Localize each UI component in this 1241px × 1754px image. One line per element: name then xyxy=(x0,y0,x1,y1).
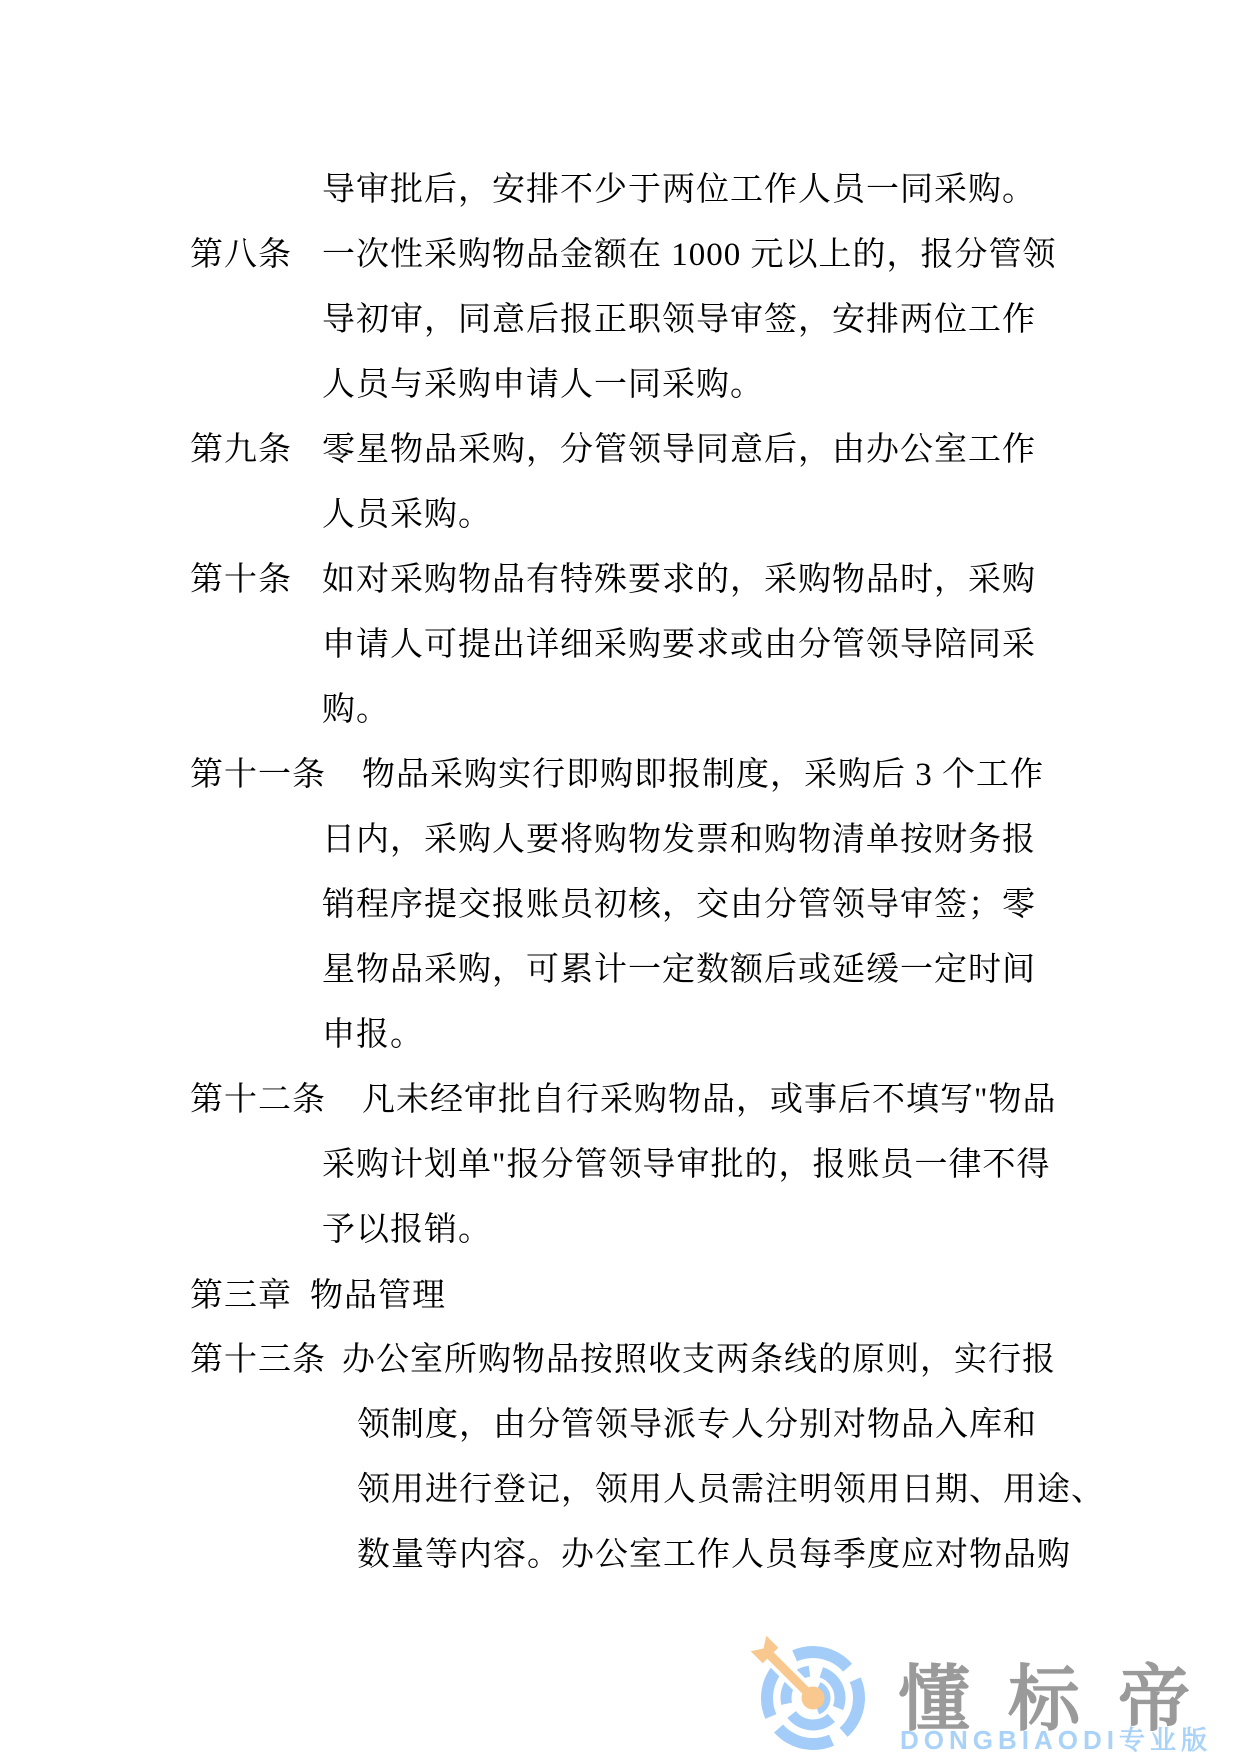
article-label: 第十二条 xyxy=(190,1080,326,1120)
document-page: 导审批后，安排不少于两位工作人员一同采购。第八条一次性采购物品金额在 1000 … xyxy=(0,0,1241,1754)
document-text-line: 零星物品采购，分管领导同意后，由办公室工作 xyxy=(322,430,1036,470)
article-label: 第三章 xyxy=(190,1276,292,1316)
document-text-line: 申请人可提出详细采购要求或由分管领导陪同采 xyxy=(322,625,1036,665)
article-label: 第十条 xyxy=(190,560,292,600)
document-text-line: 申报。 xyxy=(322,1015,424,1055)
document-text-line: 数量等内容。办公室工作人员每季度应对物品购 xyxy=(357,1535,1071,1575)
document-text-line: 办公室所购物品按照收支两条线的原则，实行报 xyxy=(342,1340,1056,1380)
document-text-line: 一次性采购物品金额在 1000 元以上的，报分管领 xyxy=(322,235,1057,275)
document-text-line: 领制度，由分管领导派专人分别对物品入库和 xyxy=(357,1405,1037,1445)
document-text-line: 凡未经审批自行采购物品，或事后不填写"物品 xyxy=(362,1080,1056,1120)
article-label: 第十三条 xyxy=(190,1340,326,1380)
document-text-line: 人员采购。 xyxy=(322,495,492,535)
document-text-line: 导初审，同意后报正职领导审签，安排两位工作 xyxy=(322,300,1036,340)
document-text-line: 予以报销。 xyxy=(322,1210,492,1250)
target-arrow-icon xyxy=(745,1628,871,1754)
document-text-line: 导审批后，安排不少于两位工作人员一同采购。 xyxy=(322,170,1036,210)
brand-name-pinyin: DONGBIAODI专业版 xyxy=(900,1727,1212,1754)
document-text-line: 销程序提交报账员初核，交由分管领导审签；零 xyxy=(322,885,1036,925)
document-text-line: 购。 xyxy=(322,690,390,730)
document-text-line: 采购计划单"报分管领导审批的，报账员一律不得 xyxy=(322,1145,1050,1185)
document-text-line: 日内，采购人要将购物发票和购物清单按财务报 xyxy=(322,820,1036,860)
document-text-line: 物品管理 xyxy=(310,1276,446,1316)
document-text-line: 领用进行登记，领用人员需注明领用日期、用途、 xyxy=(357,1470,1105,1510)
document-text-line: 星物品采购，可累计一定数额后或延缓一定时间 xyxy=(322,950,1036,990)
article-label: 第八条 xyxy=(190,235,292,275)
article-label: 第九条 xyxy=(190,430,292,470)
brand-name-chinese: 懂标帝 xyxy=(898,1662,1228,1738)
document-text-line: 如对采购物品有特殊要求的，采购物品时，采购 xyxy=(322,560,1036,600)
article-label: 第十一条 xyxy=(190,755,326,795)
document-text-line: 物品采购实行即购即报制度，采购后 3 个工作 xyxy=(362,755,1044,795)
document-text-line: 人员与采购申请人一同采购。 xyxy=(322,365,764,405)
